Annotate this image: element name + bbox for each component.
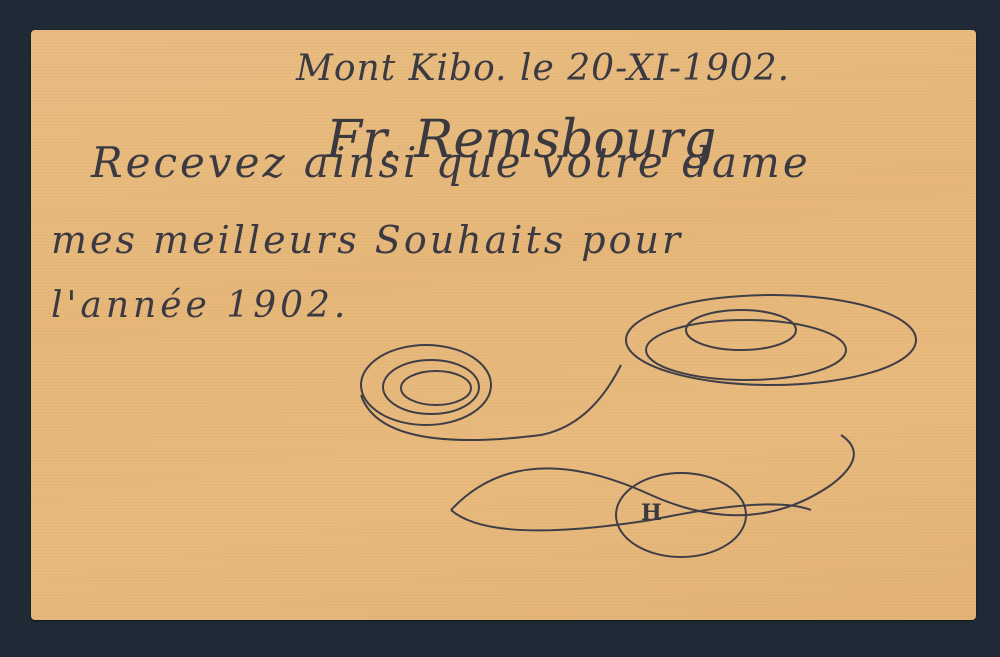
message-line-3: l'année 1902. [51, 285, 349, 326]
postcard: Mont Kibo. le 20-XI-1902. Recevez ainsi … [31, 30, 976, 620]
signature-flourish [351, 285, 951, 595]
place-date-line: Mont Kibo. le 20-XI-1902. [296, 48, 790, 89]
message-line-2: mes meilleurs Souhaits pour [51, 218, 683, 262]
signature: Fr. Remsbourg [326, 110, 716, 170]
signature-monogram: H [641, 500, 662, 526]
